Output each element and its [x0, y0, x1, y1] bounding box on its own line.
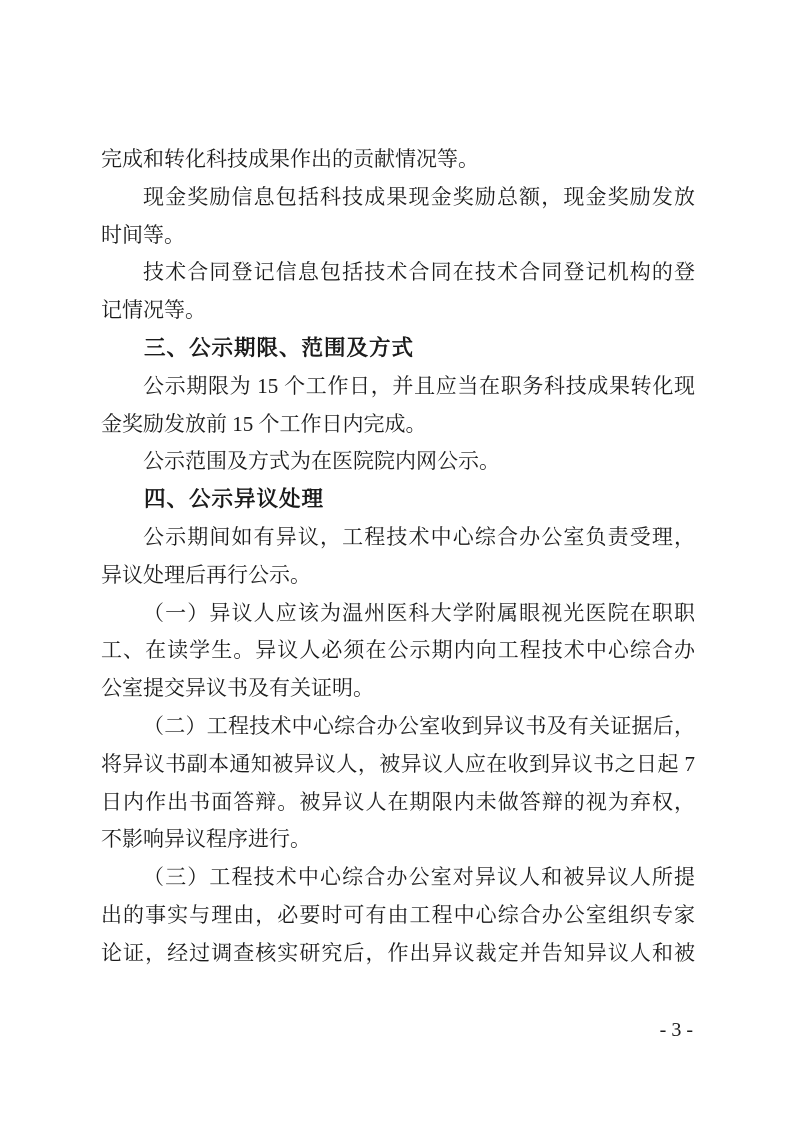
body-line: 金奖励发放前 15 个工作日内完成。 — [101, 406, 695, 444]
page-number: - 3 - — [660, 1018, 693, 1042]
body-line: 完成和转化科技成果作出的贡献情况等。 — [101, 141, 695, 179]
body-line: 时间等。 — [101, 217, 695, 255]
document-body: 完成和转化科技成果作出的贡献情况等。 现金奖励信息包括科技成果现金奖励总额，现金… — [101, 141, 695, 973]
body-line: 将异议书副本通知被异议人，被异议人应在收到异议书之日起 7 — [101, 746, 695, 784]
body-line: 公示期间如有异议，工程技术中心综合办公室负责受理， — [101, 519, 695, 557]
body-line: 公示期限为 15 个工作日，并且应当在职务科技成果转化现 — [101, 368, 695, 406]
body-line: 出的事实与理由，必要时可有由工程中心综合办公室组织专家 — [101, 897, 695, 935]
body-line: 不影响异议程序进行。 — [101, 821, 695, 859]
body-line: 记情况等。 — [101, 292, 695, 330]
body-line: （一）异议人应该为温州医科大学附属眼视光医院在职职 — [101, 595, 695, 633]
section-heading-4: 四、公示异议处理 — [101, 481, 695, 519]
body-line: （二）工程技术中心综合办公室收到异议书及有关证据后， — [101, 708, 695, 746]
body-line: 技术合同登记信息包括技术合同在技术合同登记机构的登 — [101, 254, 695, 292]
body-line: 论证，经过调查核实研究后，作出异议裁定并告知异议人和被 — [101, 935, 695, 973]
body-line: 异议处理后再行公示。 — [101, 557, 695, 595]
body-line: （三）工程技术中心综合办公室对异议人和被异议人所提 — [101, 859, 695, 897]
body-line: 公示范围及方式为在医院院内网公示。 — [101, 443, 695, 481]
body-line: 公室提交异议书及有关证明。 — [101, 670, 695, 708]
body-line: 现金奖励信息包括科技成果现金奖励总额，现金奖励发放 — [101, 179, 695, 217]
document-page: 完成和转化科技成果作出的贡献情况等。 现金奖励信息包括科技成果现金奖励总额，现金… — [0, 0, 794, 1123]
section-heading-3: 三、公示期限、范围及方式 — [101, 330, 695, 368]
body-line: 日内作出书面答辩。被异议人在期限内未做答辩的视为弃权， — [101, 784, 695, 822]
body-line: 工、在读学生。异议人必须在公示期内向工程技术中心综合办 — [101, 632, 695, 670]
